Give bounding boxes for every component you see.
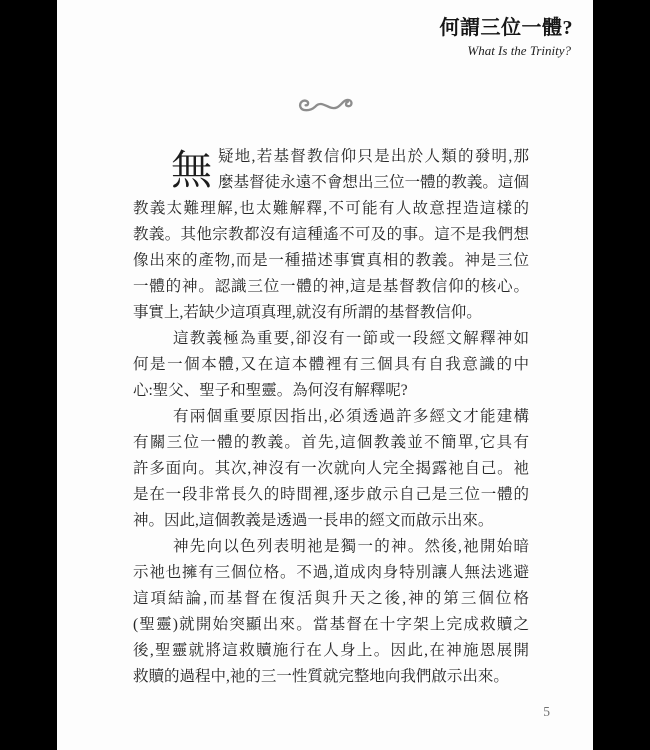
text-line: 神先向以色列表明祂是獨一的神。然後,祂開始暗 bbox=[133, 534, 529, 560]
text-line: 教義。其他宗教都沒有這種遙不可及的事。這不是我們想 bbox=[133, 222, 529, 248]
chapter-title-chinese: 何謂三位一體? bbox=[440, 16, 574, 40]
text-line: 心:聖父、聖子和聖靈。為何沒有解釋呢? bbox=[133, 378, 529, 404]
page-number: 5 bbox=[543, 704, 550, 720]
text-line: 事實上,若缺少這項真理,就沒有所謂的基督教信仰。 bbox=[133, 300, 529, 326]
text-line: 麼基督徒永遠不會想出三位一體的教義。這個 bbox=[218, 170, 529, 196]
text-line: 像出來的產物,而是一種描述事實真相的教義。神是三位 bbox=[133, 248, 529, 274]
text-line: 後,聖靈就將這救贖施行在人身上。因此,在神施恩展開 bbox=[133, 638, 529, 664]
swirl-path bbox=[300, 100, 351, 110]
text-line: 救贖的過程中,祂的三一性質就完整地向我們啟示出來。 bbox=[133, 664, 529, 690]
right-black-bar bbox=[593, 0, 650, 750]
swirl-ornament-icon bbox=[57, 92, 593, 123]
viewer-background: 何謂三位一體? What Is the Trinity? 無疑地,若基督教信仰只… bbox=[0, 0, 650, 750]
text-line: 有關三位一體的教義。首先,這個教義並不簡單,它具有 bbox=[133, 430, 529, 456]
text-line: 神。因此,這個教義是透過一長串的經文而啟示出來。 bbox=[133, 508, 529, 534]
text-line: 有兩個重要原因指出,必須透過許多經文才能建構 bbox=[133, 404, 529, 430]
text-line: 是在一段非常長久的時間裡,逐步啟示自己是三位一體的 bbox=[133, 482, 529, 508]
page-header: 何謂三位一體? What Is the Trinity? bbox=[440, 16, 574, 58]
book-page: 何謂三位一體? What Is the Trinity? 無疑地,若基督教信仰只… bbox=[57, 0, 593, 750]
text-line: 教義太難理解,也太難解釋,不可能有人故意捏造這樣的 bbox=[133, 196, 529, 222]
text-line: 疑地,若基督教信仰只是出於人類的發明,那 bbox=[218, 144, 529, 170]
paragraph: 這教義極為重要,卻沒有一節或一段經文解釋神如何是一個本體,又在這本體裡有三個具有… bbox=[133, 326, 529, 404]
paragraph: 有兩個重要原因指出,必須透過許多經文才能建構有關三位一體的教義。首先,這個教義並… bbox=[133, 404, 529, 534]
paragraph: 無疑地,若基督教信仰只是出於人類的發明,那麼基督徒永遠不會想出三位一體的教義。這… bbox=[133, 144, 529, 326]
text-line: 一體的神。認識三位一體的神,這是基督教信仰的核心。 bbox=[133, 274, 529, 300]
text-line: 示祂也擁有三個位格。不過,道成肉身特別讓人無法逃避 bbox=[133, 560, 529, 586]
text-line: 何是一個本體,又在這本體裡有三個具有自我意識的中 bbox=[133, 352, 529, 378]
left-black-bar bbox=[0, 0, 57, 750]
text-line: 這教義極為重要,卻沒有一節或一段經文解釋神如 bbox=[133, 326, 529, 352]
text-line: (聖靈)就開始突顯出來。當基督在十字架上完成救贖之 bbox=[133, 612, 529, 638]
drop-cap: 無 bbox=[171, 144, 212, 195]
text-line: 這項結論,而基督在復活與升天之後,神的第三個位格 bbox=[133, 586, 529, 612]
text-line: 許多面向。其次,神沒有一次就向人完全揭露祂自己。祂 bbox=[133, 456, 529, 482]
article-body: 無疑地,若基督教信仰只是出於人類的發明,那麼基督徒永遠不會想出三位一體的教義。這… bbox=[133, 144, 529, 690]
paragraph: 神先向以色列表明祂是獨一的神。然後,祂開始暗示祂也擁有三個位格。不過,道成肉身特… bbox=[133, 534, 529, 690]
chapter-title-english: What Is the Trinity? bbox=[440, 43, 572, 58]
